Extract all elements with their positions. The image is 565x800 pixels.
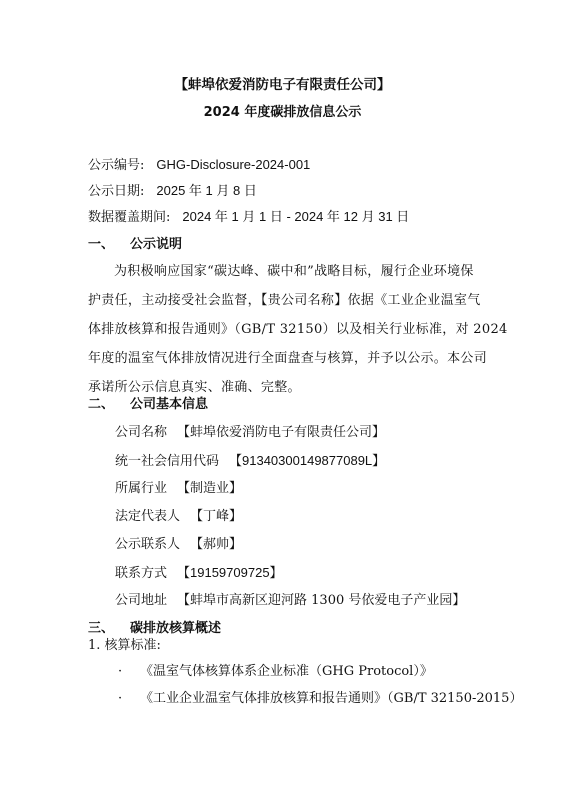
field-value: 【蚌埠市高新区迎河路 1300 号依爱电子产业园】 [177,593,465,608]
info-company-name: 公司名称【蚌埠依爱消防电子有限责任公司】 [115,425,385,441]
list-item-text: 《工业企业温室气体排放核算和报告通则》（GB/T 32150-2015） [140,691,522,706]
section-title: 公示说明 [130,237,182,252]
paragraph-line: 年度的温室气体排放情况进行全面盘查与核算，并予以公示。本公司 [88,344,488,373]
meta-disclosure-date: 公示日期:2025 年 1 月 8 日 [88,183,257,200]
meta-value: 2025 年 1 月 8 日 [156,183,256,199]
section-title: 碳排放核算概述 [130,621,221,636]
meta-value: GHG-Disclosure-2024-001 [156,157,310,173]
paragraph-line: 为积极响应国家“碳达峰、碳中和”战略目标，履行企业环境保 [88,257,488,286]
document-title: 【蚌埠依爱消防电子有限责任公司】 [0,77,565,93]
section-heading-3: 三、碳排放核算概述 [88,621,221,637]
meta-label: 公示日期: [88,184,144,200]
info-credit-code: 统一社会信用代码【91340300149877089L】 [115,453,385,470]
field-label: 公司地址 [115,593,167,608]
field-value: 【91340300149877089L】 [229,453,385,468]
list-item-text: 《温室气体核算体系企业标准（GHG Protocol）》 [140,664,433,679]
info-industry: 所属行业【制造业】 [115,481,242,497]
field-label: 公司名称 [115,425,167,440]
info-contact-phone: 联系方式【19159709725】 [115,565,283,582]
section-heading-1: 一、公示说明 [88,237,182,253]
section-title: 公司基本信息 [130,397,208,412]
info-contact-person: 公示联系人【郝帅】 [115,537,242,553]
field-label: 公示联系人 [115,537,180,552]
meta-disclosure-number: 公示编号:GHG-Disclosure-2024-001 [88,157,310,174]
field-label: 联系方式 [115,566,167,581]
meta-value: 2024 年 1 月 1 日 - 2024 年 12 月 31 日 [182,209,409,225]
paragraph-line: 体排放核算和报告通则》（GB/T 32150）以及相关行业标准，对 2024 [88,315,488,344]
standard-list-item: ·《温室气体核算体系企业标准（GHG Protocol）》 [118,664,433,680]
field-value: 【制造业】 [177,481,242,496]
section-heading-2: 二、公司基本信息 [88,397,208,413]
field-value: 【丁峰】 [190,509,242,524]
meta-coverage-period: 数据覆盖期间:2024 年 1 月 1 日 - 2024 年 12 月 31 日 [88,209,409,226]
section-number: 一、 [88,237,114,252]
section-number: 二、 [88,397,114,412]
section-number: 三、 [88,621,114,636]
paragraph-line: 护责任，主动接受社会监督，【贵公司名称】依据《工业企业温室气 [88,286,488,315]
meta-label: 数据覆盖期间: [88,210,170,226]
field-label: 统一社会信用代码 [115,454,219,469]
field-label: 法定代表人 [115,509,180,524]
field-label: 所属行业 [115,481,167,496]
document-page: 【蚌埠依爱消防电子有限责任公司】 2024 年度碳排放信息公示 公示编号:GHG… [0,0,565,800]
field-value: 【蚌埠依爱消防电子有限责任公司】 [177,425,385,440]
field-value: 【19159709725】 [177,565,283,580]
meta-label: 公示编号: [88,158,144,174]
field-value: 【郝帅】 [190,537,242,552]
standard-list-item: ·《工业企业温室气体排放核算和报告通则》（GB/T 32150-2015） [118,691,522,707]
disclosure-statement-paragraph: 为积极响应国家“碳达峰、碳中和”战略目标，履行企业环境保 护责任，主动接受社会监… [88,257,488,402]
info-legal-representative: 法定代表人【丁峰】 [115,509,242,525]
bullet-icon: · [118,691,140,707]
info-company-address: 公司地址【蚌埠市高新区迎河路 1300 号依爱电子产业园】 [115,593,465,609]
document-subtitle: 2024 年度碳排放信息公示 [0,105,565,121]
bullet-icon: · [118,664,140,680]
subsection-accounting-standards: 1. 核算标准: [88,638,161,654]
